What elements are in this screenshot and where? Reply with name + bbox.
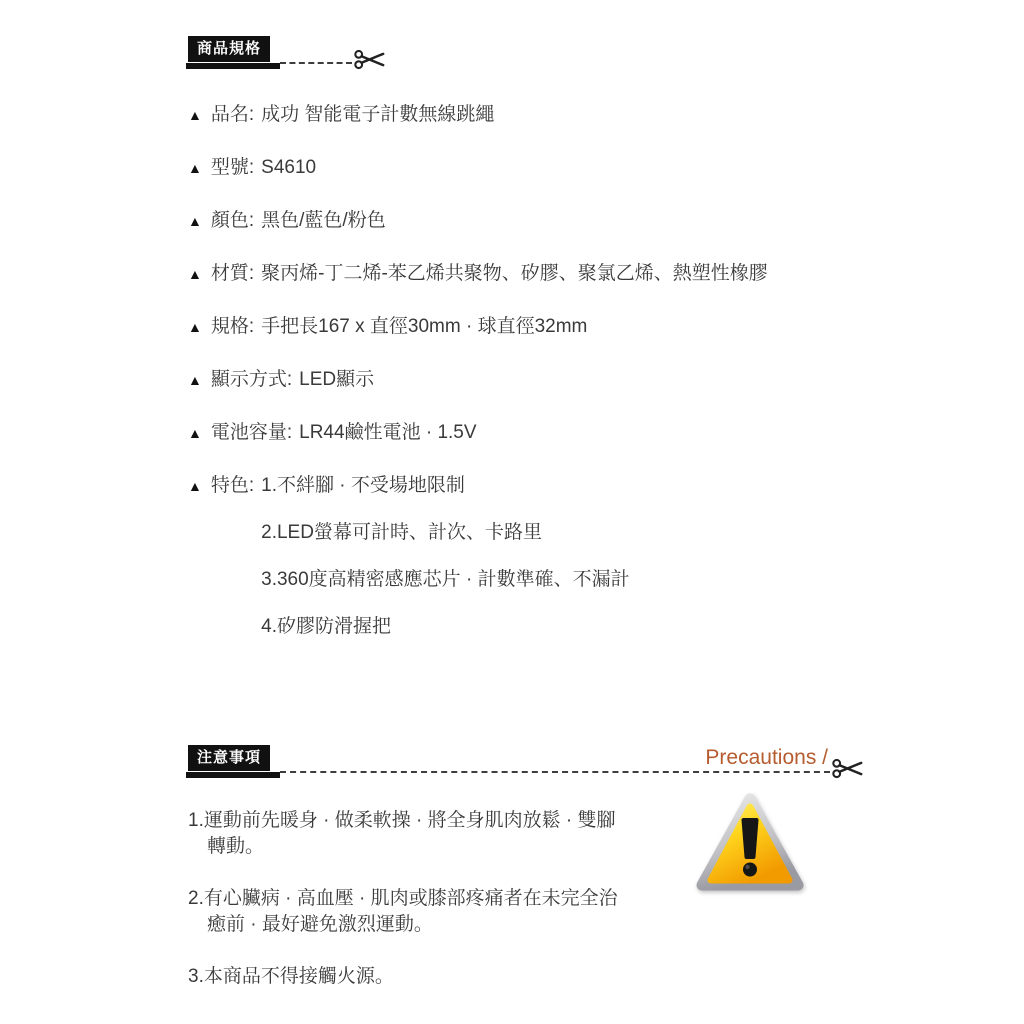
triangle-bullet-icon: ▲: [188, 476, 202, 496]
spec-row-material: ▲ 材質: 聚丙烯-丁二烯-苯乙烯共聚物、矽膠、聚氯乙烯、熱塑性橡膠: [188, 264, 868, 284]
precautions-section-title: 注意事項: [188, 745, 270, 771]
triangle-bullet-icon: ▲: [188, 211, 202, 231]
spec-value: 黑色/藍色/粉色: [261, 211, 386, 231]
cut-line-dashed: [280, 771, 830, 773]
feature-item: 4.矽膠防滑握把: [261, 617, 629, 637]
triangle-bullet-icon: ▲: [188, 423, 202, 443]
spec-value: 成功 智能電子計數無線跳繩: [261, 105, 494, 125]
precautions-badge-underline: 注意事項: [186, 745, 280, 778]
spec-label: 材質:: [211, 264, 254, 284]
spec-list: ▲ 品名: 成功 智能電子計數無線跳繩 ▲ 型號: S4610 ▲ 顏色: 黑色…: [188, 105, 868, 670]
feature-item: 1.不絆腳 · 不受場地限制: [261, 476, 629, 496]
spec-value: 手把長167 x 直徑30mm · 球直徑32mm: [261, 317, 587, 337]
triangle-bullet-icon: ▲: [188, 370, 202, 390]
spec-label: 規格:: [211, 317, 254, 337]
precaution-note: 1.運動前先暖身 · 做柔軟操 · 將全身肌肉放鬆 · 雙腳轉動。: [188, 808, 624, 860]
triangle-bullet-icon: ▲: [188, 264, 202, 284]
spec-value: 聚丙烯-丁二烯-苯乙烯共聚物、矽膠、聚氯乙烯、熱塑性橡膠: [261, 264, 768, 284]
scissors-icon: [832, 757, 864, 780]
spec-value: LED顯示: [299, 370, 374, 390]
spec-row-model: ▲ 型號: S4610: [188, 158, 868, 178]
spec-row-color: ▲ 顏色: 黑色/藍色/粉色: [188, 211, 868, 231]
specs-badge-underline: 商品規格: [186, 36, 280, 69]
triangle-bullet-icon: ▲: [188, 158, 202, 178]
scissors-icon: [354, 48, 386, 71]
specs-section-header: 商品規格: [186, 36, 386, 69]
spec-label: 品名:: [211, 105, 254, 125]
spec-value: S4610: [261, 158, 316, 178]
spec-label: 特色:: [211, 476, 254, 496]
spec-label: 顏色:: [211, 211, 254, 231]
spec-label: 電池容量:: [211, 423, 292, 443]
feature-list: 1.不絆腳 · 不受場地限制 2.LED螢幕可計時、計次、卡路里 3.360度高…: [261, 476, 629, 637]
spec-row-features: ▲ 特色: 1.不絆腳 · 不受場地限制 2.LED螢幕可計時、計次、卡路里 3…: [188, 476, 868, 637]
triangle-bullet-icon: ▲: [188, 317, 202, 337]
spec-row-display: ▲ 顯示方式: LED顯示: [188, 370, 868, 390]
precaution-notes: 1.運動前先暖身 · 做柔軟操 · 將全身肌肉放鬆 · 雙腳轉動。 2.有心臟病…: [188, 808, 624, 990]
triangle-bullet-icon: ▲: [188, 105, 202, 125]
precautions-english-label: Precautions /: [705, 747, 828, 769]
spec-row-name: ▲ 品名: 成功 智能電子計數無線跳繩: [188, 105, 868, 125]
precaution-note: 2.有心臟病 · 高血壓 · 肌肉或膝部疼痛者在未完全治癒前 · 最好避免激烈運…: [188, 886, 624, 938]
spec-label: 顯示方式:: [211, 370, 292, 390]
feature-item: 2.LED螢幕可計時、計次、卡路里: [261, 523, 629, 543]
spec-label: 型號:: [211, 158, 254, 178]
spec-value: LR44鹼性電池 · 1.5V: [299, 423, 476, 443]
spec-row-battery: ▲ 電池容量: LR44鹼性電池 · 1.5V: [188, 423, 868, 443]
cut-line-dashed: [280, 62, 352, 64]
spec-row-size: ▲ 規格: 手把長167 x 直徑30mm · 球直徑32mm: [188, 317, 868, 337]
precaution-note: 3.本商品不得接觸火源。: [188, 964, 624, 990]
warning-triangle-icon: [694, 789, 806, 895]
feature-item: 3.360度高精密感應芯片 · 計數準確、不漏計: [261, 570, 629, 590]
precautions-section-header: 注意事項 Precautions /: [186, 745, 864, 778]
specs-section-title: 商品規格: [188, 36, 270, 62]
